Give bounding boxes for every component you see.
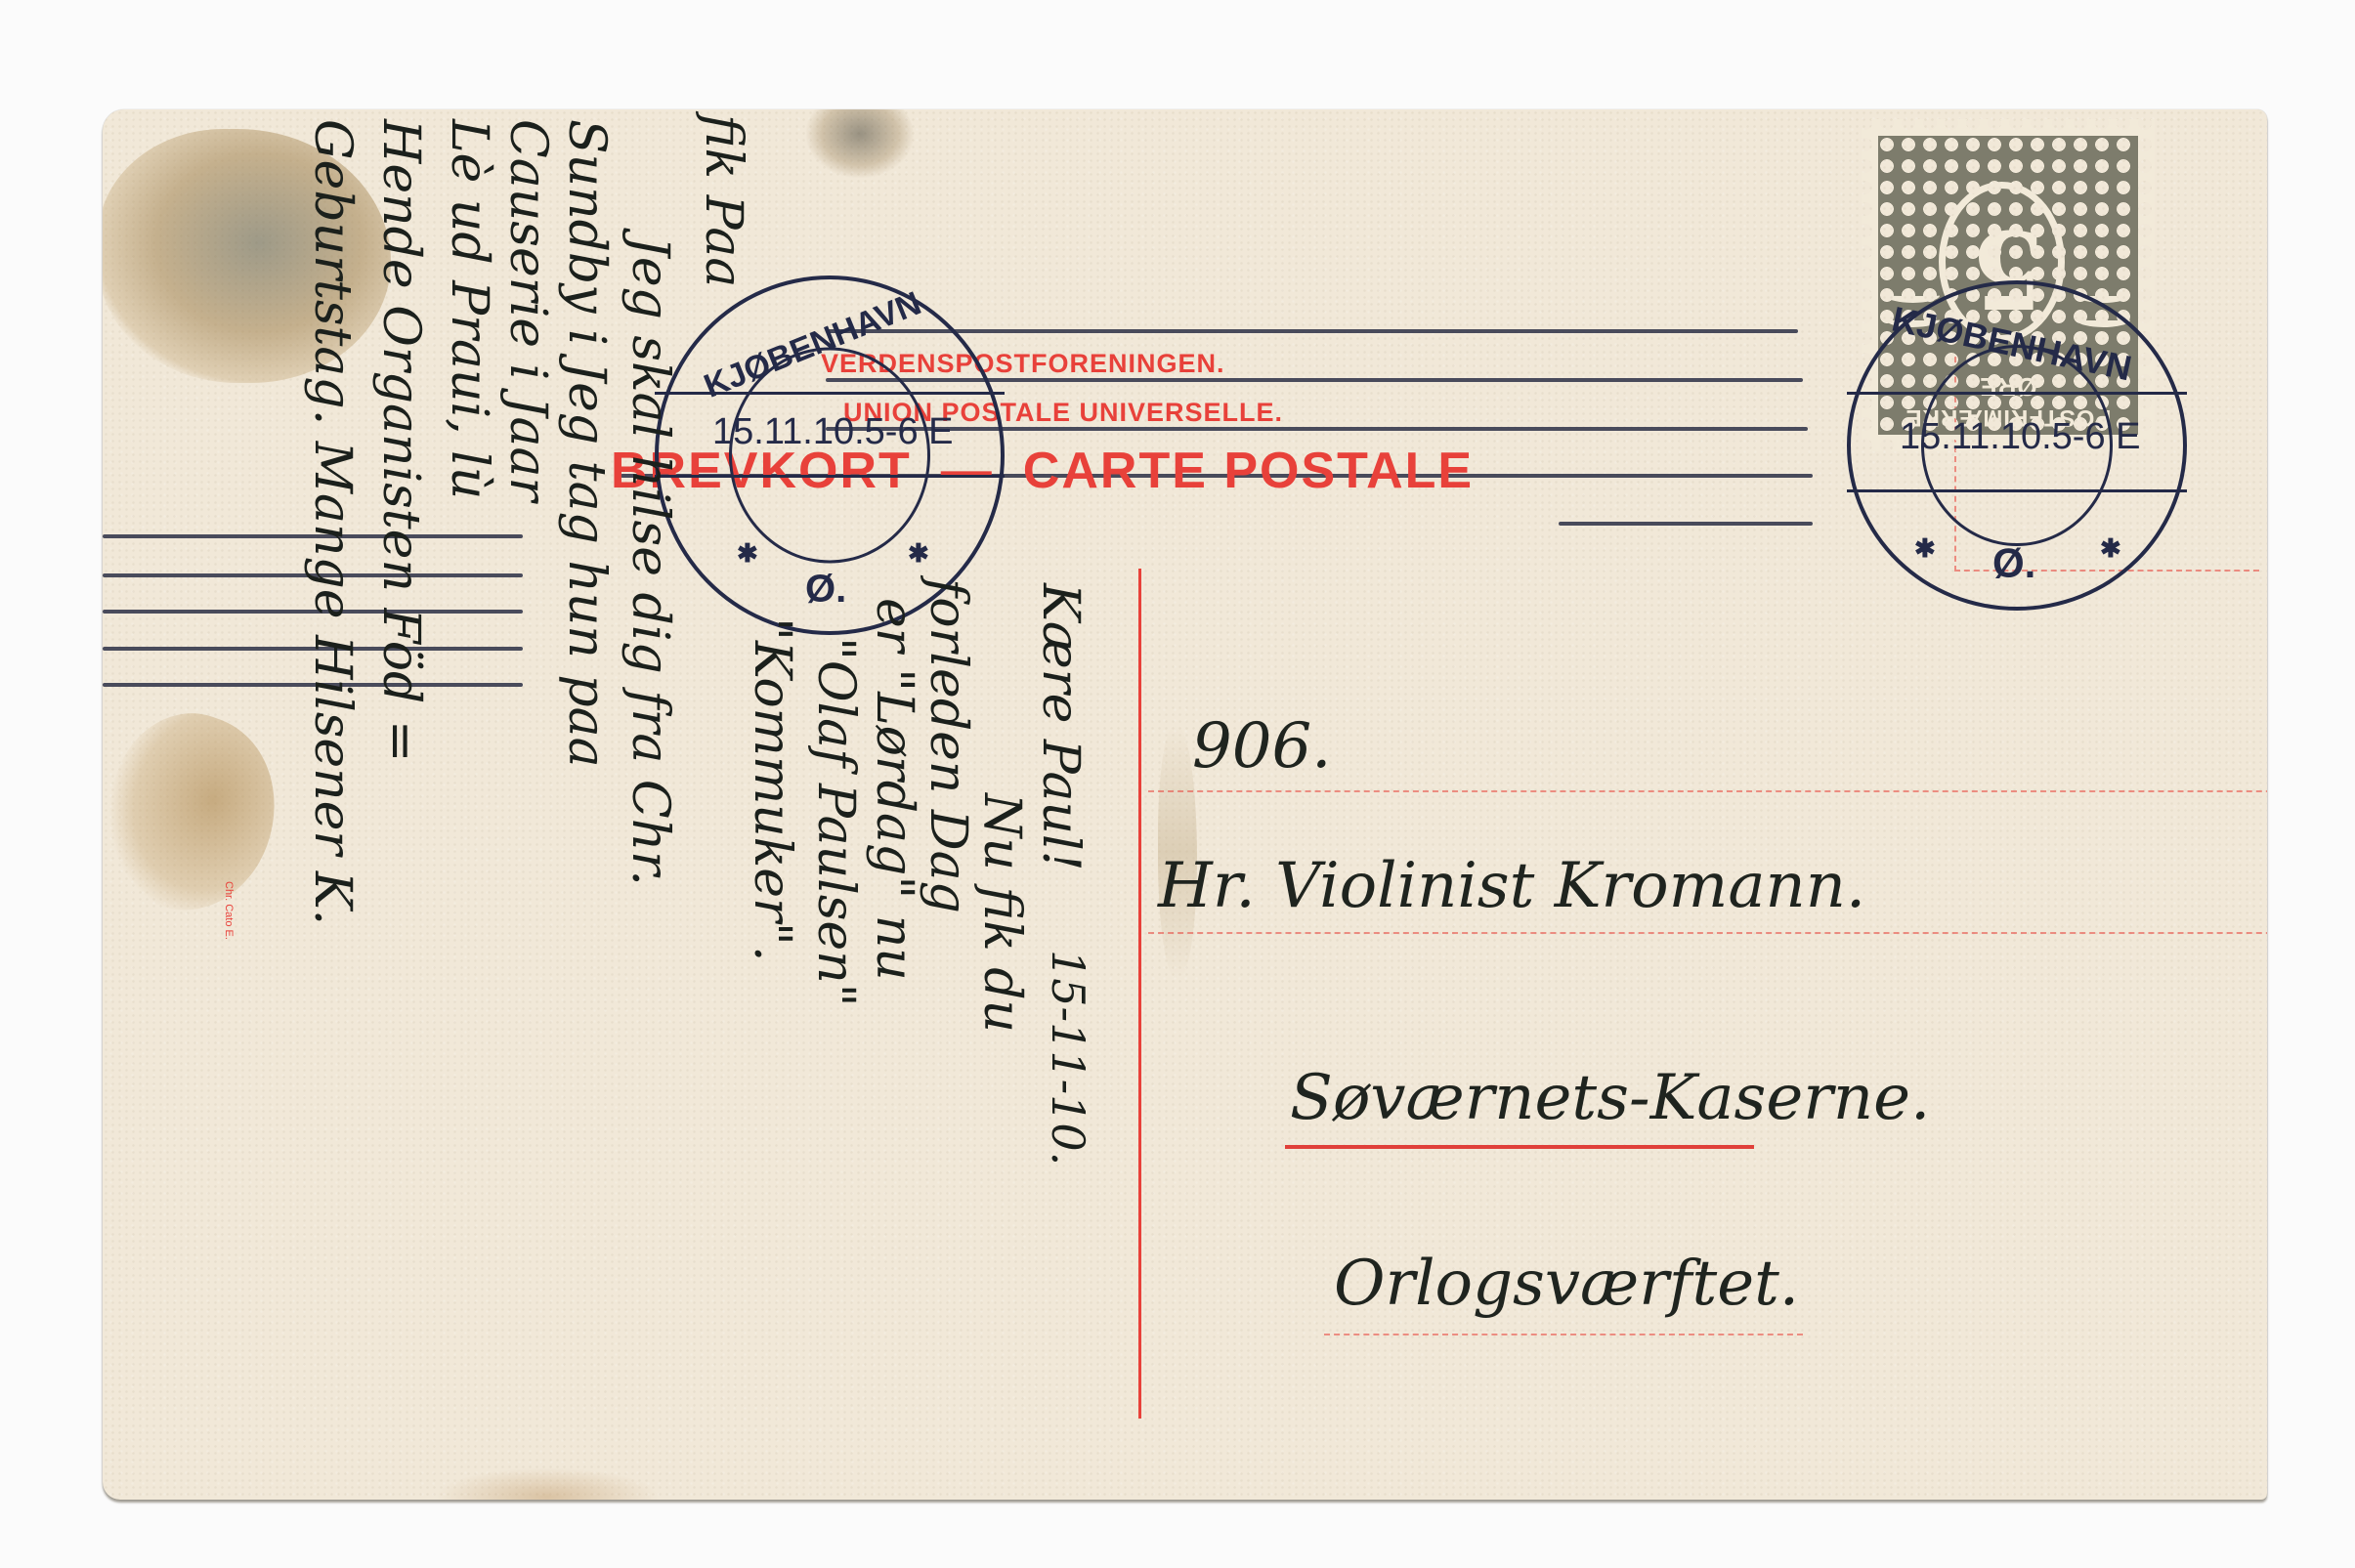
postmark-band — [1847, 489, 2187, 492]
cancellation-line — [826, 329, 1798, 333]
address-barracks: Søværnets-Kaserne. — [1290, 1062, 1930, 1134]
message-line: Geburtstag. Mange Hilsener K. — [303, 119, 362, 925]
postmark-office: Ø. — [1992, 540, 2035, 587]
message-line: Kære Paul! — [1031, 583, 1090, 871]
postmark-office: Ø. — [805, 568, 846, 612]
address-reference-number: 906. — [1192, 710, 1332, 783]
address-line-rule — [1324, 1334, 1803, 1335]
message-line: forleden Dag — [919, 578, 977, 913]
postmark-band — [1847, 392, 2187, 395]
message-date: 15-11-10. — [1042, 950, 1094, 1165]
printer-mark: Chr. Cato E. — [223, 881, 235, 940]
message-line: Jeg skal hilse dig fra Chr. — [621, 236, 679, 886]
postcard: VERDENSPOSTFORENINGEN. UNION POSTALE UNI… — [103, 109, 2267, 1500]
star-icon: ✱ — [908, 538, 929, 569]
address-line-rule — [1148, 790, 2267, 792]
message-line: Nu fik du — [972, 793, 1031, 1033]
postmark-stamp: KJØBENHAVN 15.11.10.5-6 E Ø. ✱ ✱ — [1847, 280, 2187, 611]
message-line: Sundby i Jeg tag hun paa — [557, 119, 616, 768]
cancellation-line — [1559, 522, 1813, 526]
postmark-date: 15.11.10.5-6 E — [712, 411, 953, 453]
star-icon: ✱ — [2100, 533, 2121, 564]
message-line: Hende Organisten Föd = — [371, 119, 430, 762]
message-line: Causerie i Jaar — [498, 119, 557, 501]
message-line: Lè ud Praui, lù — [440, 119, 498, 499]
message-line: fik Paa — [694, 114, 752, 287]
address-recipient: Hr. Violinist Kromann. — [1158, 850, 1865, 922]
address-line-rule — [1148, 932, 2267, 934]
star-icon: ✱ — [1914, 533, 1936, 564]
message-line: "Olaf Paulsen" — [806, 637, 865, 1007]
address-divider — [1138, 569, 1141, 1419]
title-carte-postale: CARTE POSTALE — [1023, 443, 1474, 499]
message-line: er "Lørdag" nu — [865, 598, 923, 981]
address-dockyard: Orlogsværftet. — [1334, 1248, 1799, 1320]
postmark-date: 15.11.10.5-6 E — [1900, 416, 2140, 458]
wave-line — [1886, 288, 1940, 303]
postmark-band — [655, 475, 1005, 478]
message-line: "Kommuker". — [743, 617, 801, 961]
star-icon: ✱ — [737, 538, 758, 569]
address-underline — [1285, 1145, 1754, 1149]
